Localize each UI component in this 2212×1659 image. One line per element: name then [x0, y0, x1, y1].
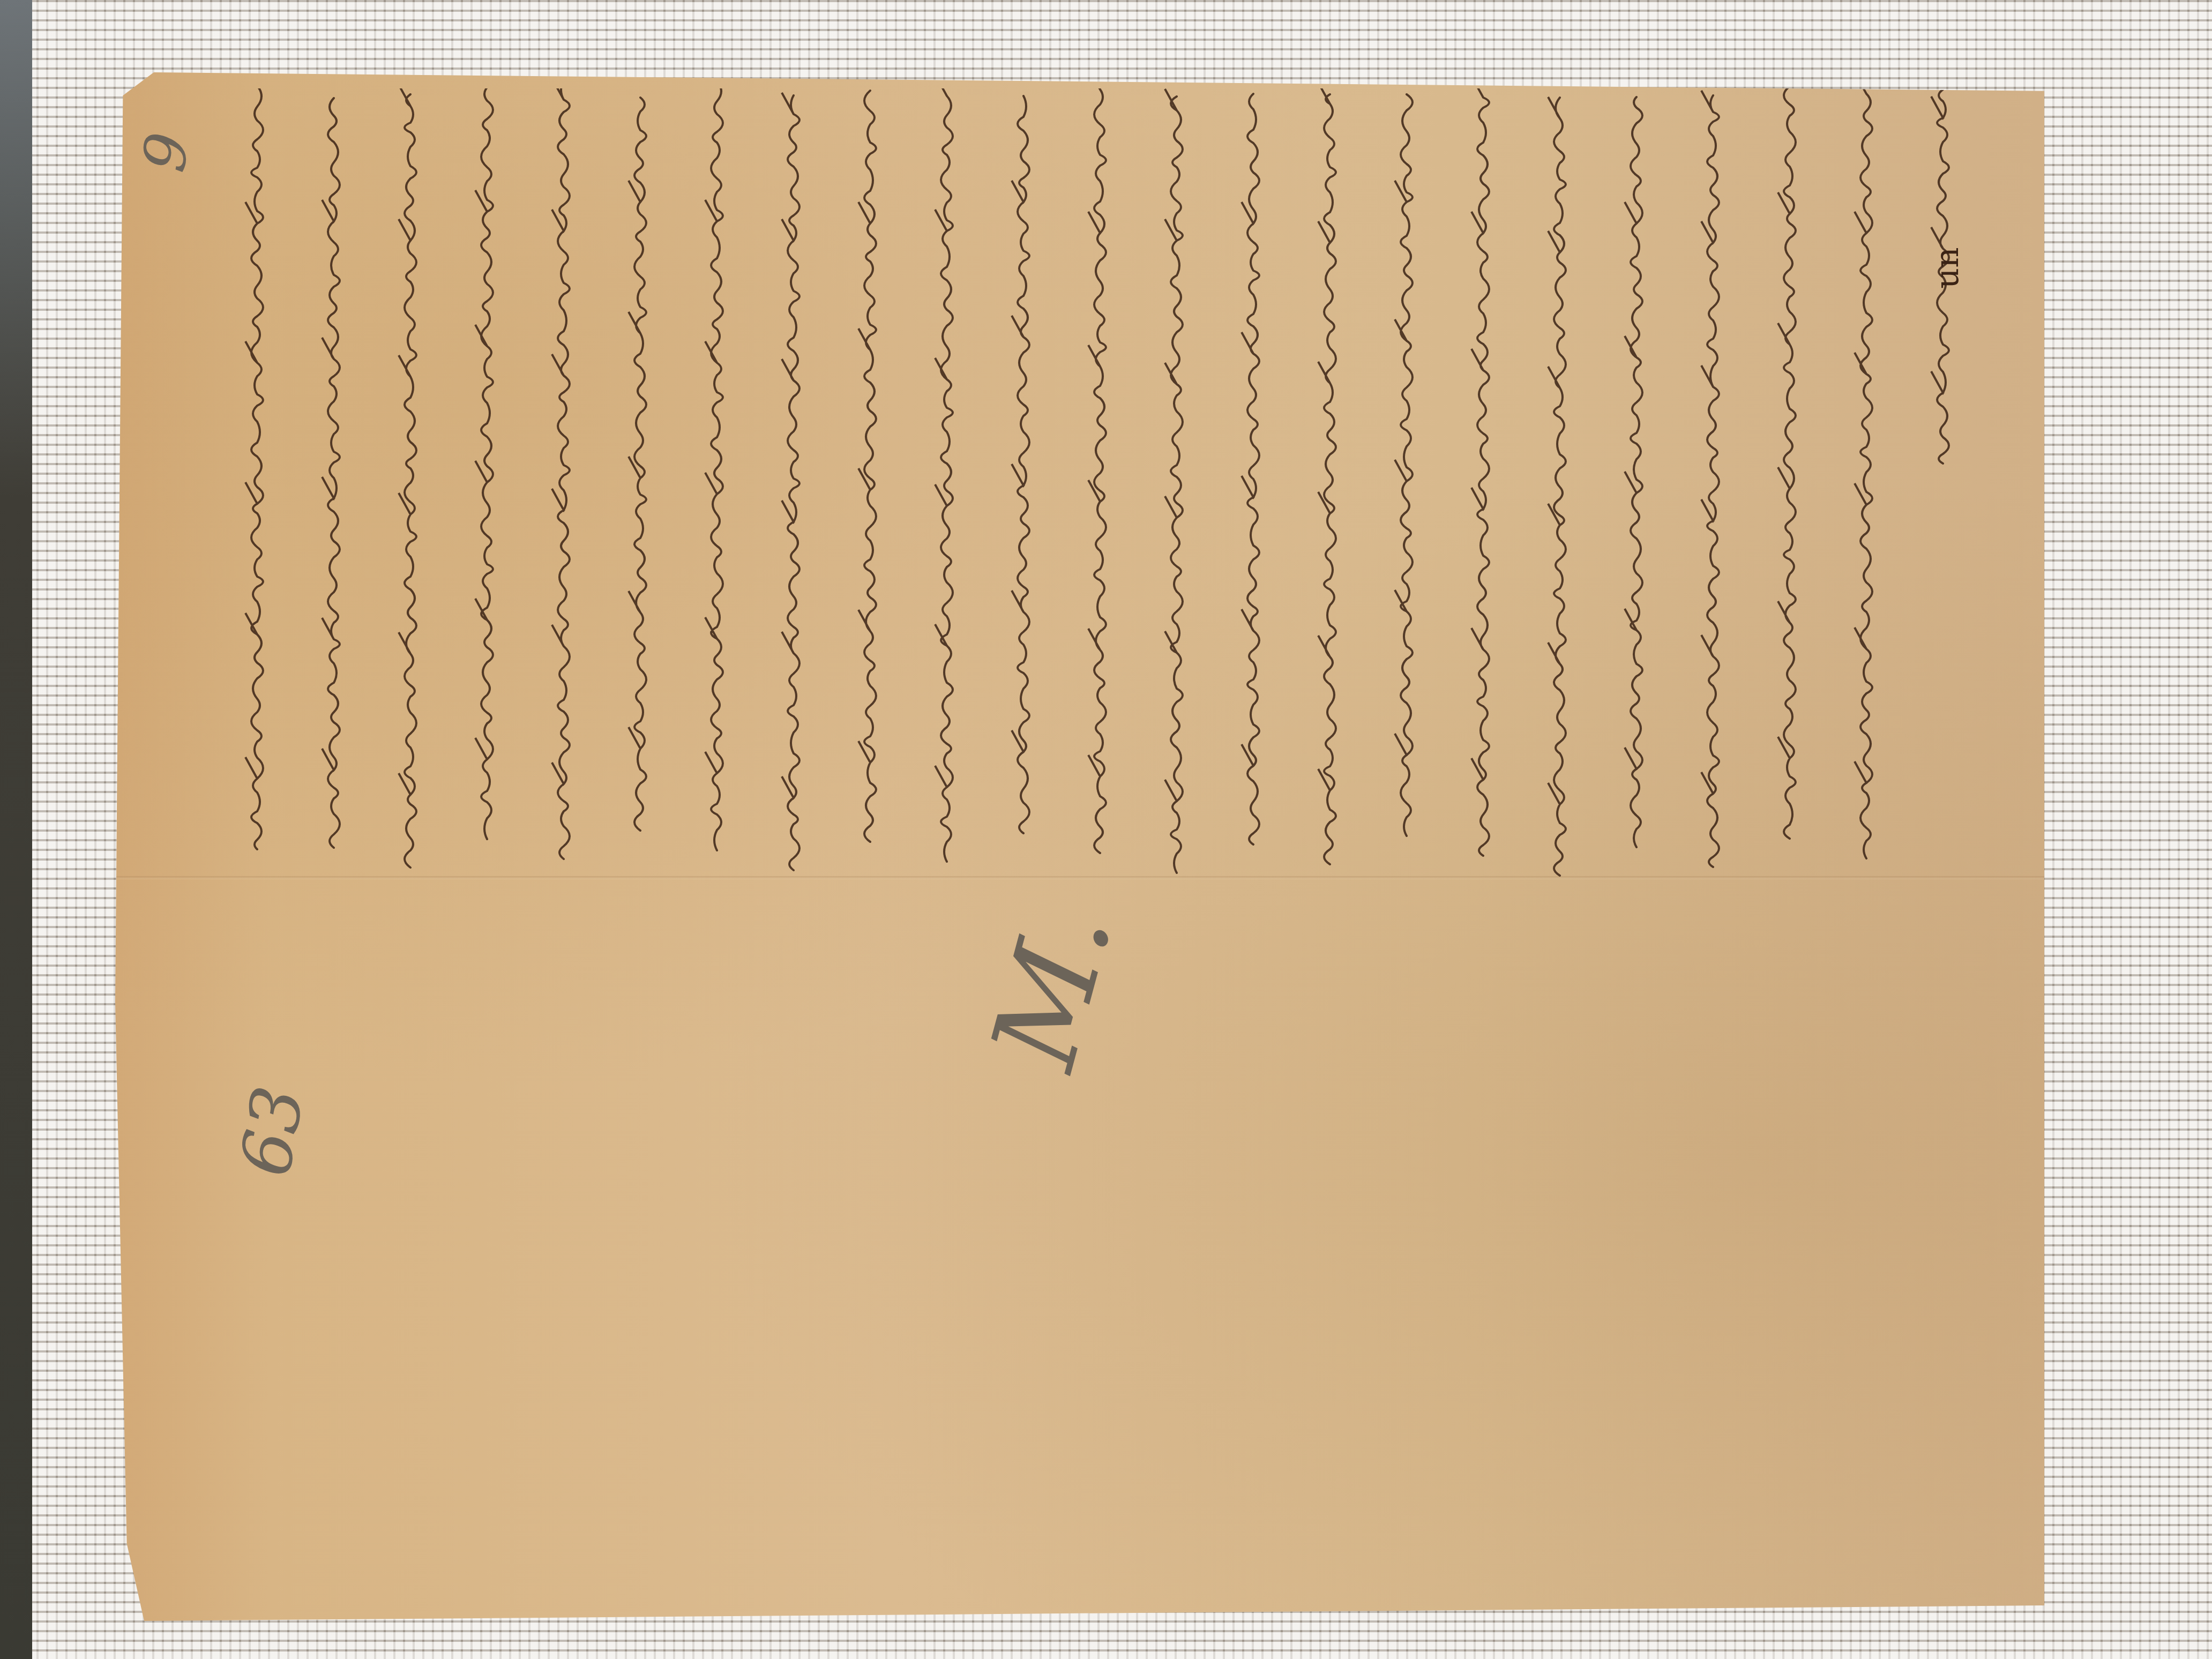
handwritten-line: [1541, 88, 1579, 881]
handwritten-line: [1848, 88, 1885, 881]
pencil-page-number-left: 63: [225, 1080, 320, 1182]
handwritten-text-block: [238, 88, 2007, 903]
handwritten-line: [1618, 88, 1655, 881]
handwritten-line: [1158, 88, 1195, 881]
handwritten-line: [315, 88, 353, 881]
handwritten-line: [1771, 88, 1809, 881]
handwritten-line: [238, 88, 276, 881]
manuscript-page: 9 63 M. un: [115, 72, 2044, 1621]
handwritten-line: [392, 88, 429, 881]
dark-edge-object: [0, 0, 32, 1659]
handwritten-line: [622, 88, 659, 881]
handwritten-line: [851, 88, 889, 881]
pencil-page-number-top: 9: [129, 128, 203, 176]
handwritten-line: [1311, 88, 1349, 881]
handwritten-line: [1464, 88, 1502, 881]
handwritten-line: [1694, 88, 1732, 881]
handwritten-line: [1005, 88, 1042, 881]
handwritten-line: [1081, 88, 1119, 881]
handwritten-line: [1388, 88, 1425, 881]
handwritten-line: [698, 88, 736, 881]
handwritten-line: [928, 88, 966, 881]
handwritten-line: [545, 88, 582, 881]
pencil-annotation: M.: [965, 893, 1139, 1081]
catchword: un: [1929, 247, 1966, 288]
handwritten-line: [1924, 88, 1962, 881]
handwritten-line: [468, 88, 506, 881]
handwritten-line: [775, 88, 812, 881]
handwritten-line: [1235, 88, 1272, 881]
